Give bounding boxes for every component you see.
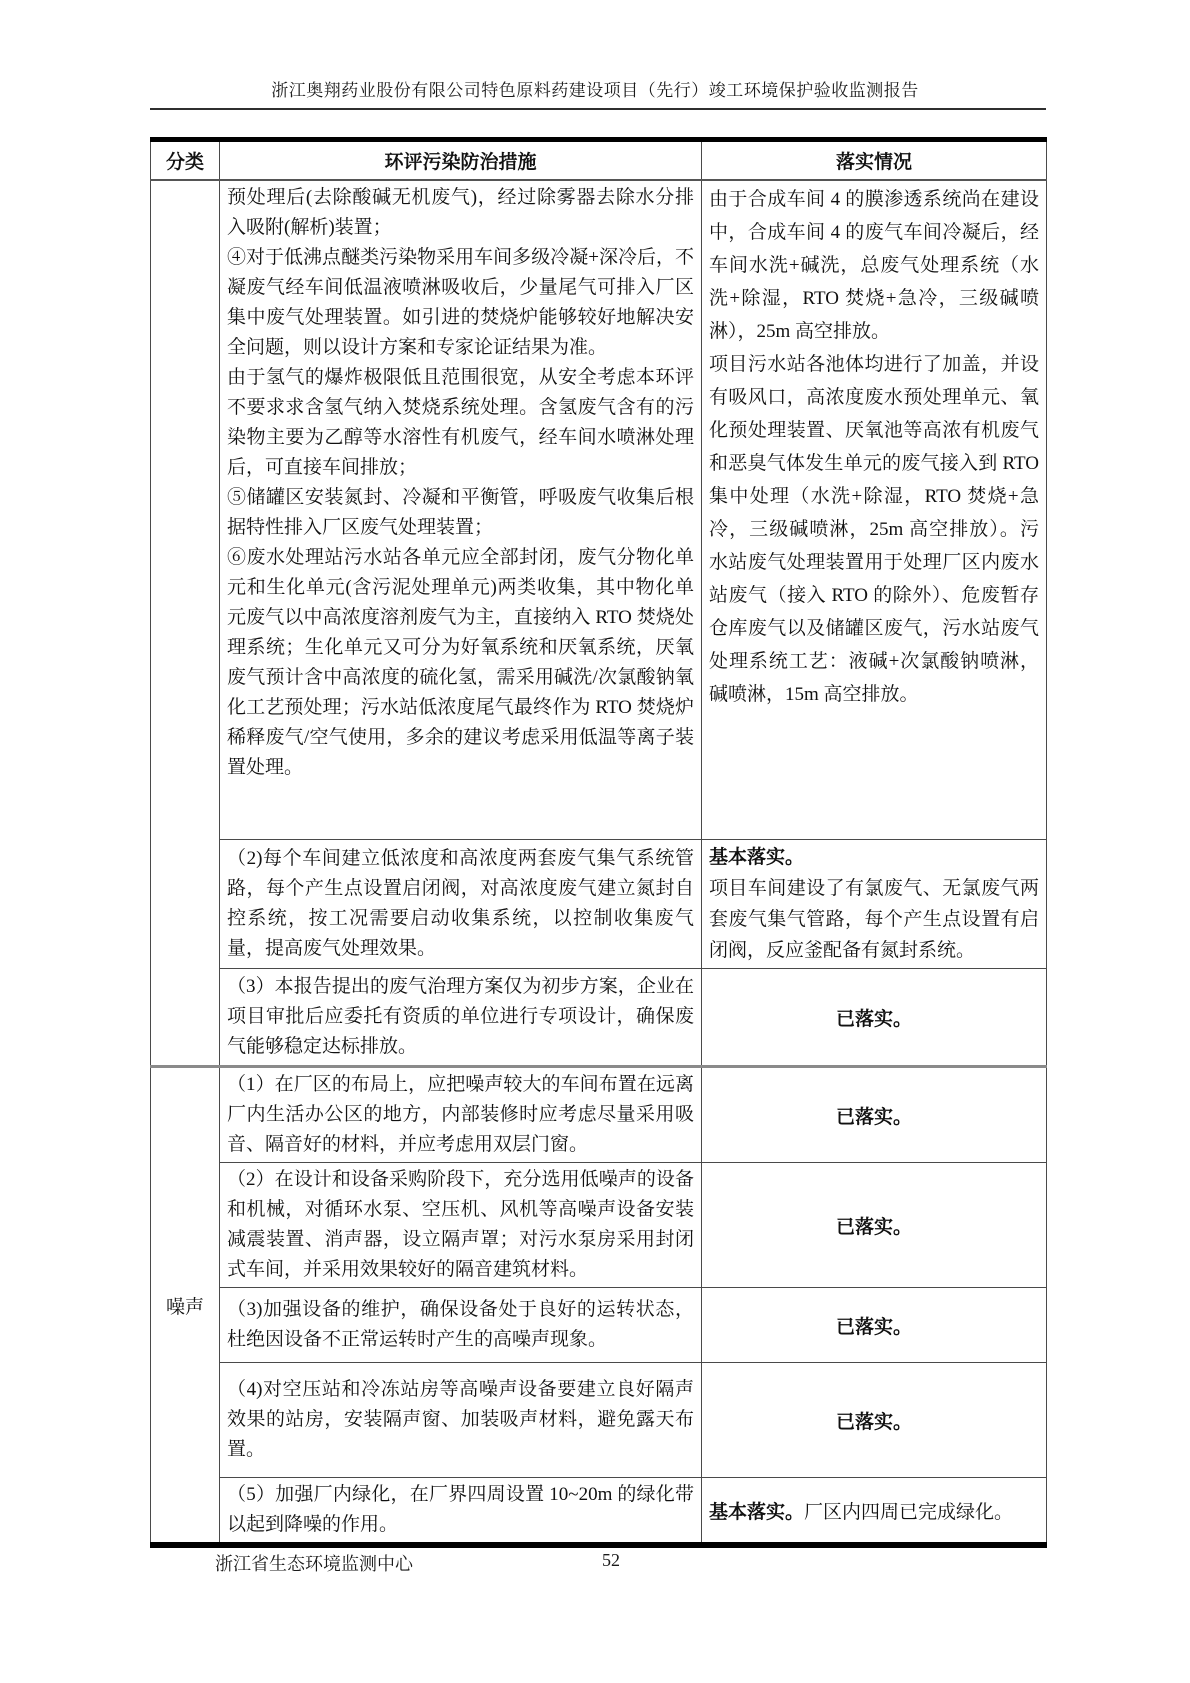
table-row: 噪声 （1）在厂区的布局上，应把噪声较大的车间布置在远离厂内生活办公区的地方，内… <box>151 1067 1047 1163</box>
status-cell: 由于合成车间 4 的膜渗透系统尚在建设中，合成车间 4 的废气车间冷凝后，经车间… <box>702 180 1047 840</box>
status-cell: 基本落实。项目车间建设了有氯废气、无氯废气两套废气集气管路，每个产生点设置有启闭… <box>702 840 1047 969</box>
status-cell: 基本落实。厂区内四周已完成绿化。 <box>702 1478 1047 1546</box>
status-cell: 已落实。 <box>702 969 1047 1067</box>
table-row: （2)每个车间建立低浓度和高浓度两套废气集气系统管路，每个产生点设置启闭阀，对高… <box>151 840 1047 969</box>
header-divider <box>150 108 1046 110</box>
table-row: （3)加强设备的维护，确保设备处于良好的运转状态，杜绝因设备不正常运转时产生的高… <box>151 1288 1047 1363</box>
table-row: 预处理后(去除酸碱无机废气)，经过除雾器去除水分排入吸附(解析)装置； ④对于低… <box>151 180 1047 840</box>
column-header-category: 分类 <box>151 140 220 180</box>
measure-cell: （3）本报告提出的废气治理方案仅为初步方案，企业在项目审批后应委托有资质的单位进… <box>220 969 702 1067</box>
measure-cell: （5）加强厂内绿化，在厂界四周设置 10~20m 的绿化带以起到降噪的作用。 <box>220 1478 702 1546</box>
table-row: （5）加强厂内绿化，在厂界四周设置 10~20m 的绿化带以起到降噪的作用。 基… <box>151 1478 1047 1546</box>
page-title: 浙江奥翔药业股份有限公司特色原料药建设项目（先行）竣工环境保护验收监测报告 <box>271 81 919 100</box>
document-page: 浙江奥翔药业股份有限公司特色原料药建设项目（先行）竣工环境保护验收监测报告 分类… <box>0 0 1190 1683</box>
category-cell-noise: 噪声 <box>151 1067 220 1546</box>
category-cell-empty <box>151 180 220 1067</box>
measure-cell: （2)每个车间建立低浓度和高浓度两套废气集气系统管路，每个产生点设置启闭阀，对高… <box>220 840 702 969</box>
status-cell: 已落实。 <box>702 1163 1047 1288</box>
measure-cell: （1）在厂区的布局上，应把噪声较大的车间布置在远离厂内生活办公区的地方，内部装修… <box>220 1067 702 1163</box>
document-header: 浙江奥翔药业股份有限公司特色原料药建设项目（先行）竣工环境保护验收监测报告 <box>0 76 1190 101</box>
column-header-measures: 环评污染防治措施 <box>220 140 702 180</box>
footer-page-number: 52 <box>602 1550 620 1571</box>
status-cell: 已落实。 <box>702 1288 1047 1363</box>
status-lead: 基本落实。 <box>709 842 1039 873</box>
table-row: （2）在设计和设备采购阶段下，充分选用低噪声的设备和机械，对循环水泵、空压机、风… <box>151 1163 1047 1288</box>
status-cell: 已落实。 <box>702 1363 1047 1478</box>
measure-cell: 预处理后(去除酸碱无机废气)，经过除雾器去除水分排入吸附(解析)装置； ④对于低… <box>220 180 702 840</box>
table-header-row: 分类 环评污染防治措施 落实情况 <box>151 140 1047 180</box>
status-cell: 已落实。 <box>702 1067 1047 1163</box>
footer-organization: 浙江省生态环境监测中心 <box>215 1550 413 1576</box>
measure-cell: （3)加强设备的维护，确保设备处于良好的运转状态，杜绝因设备不正常运转时产生的高… <box>220 1288 702 1363</box>
status-lead: 基本落实。 <box>709 1502 804 1523</box>
table-row: （4)对空压站和冷冻站房等高噪声设备要建立良好隔声效果的站房，安装隔声窗、加装吸… <box>151 1363 1047 1478</box>
status-text: 厂区内四周已完成绿化。 <box>804 1502 1013 1523</box>
status-text: 项目车间建设了有氯废气、无氯废气两套废气集气管路，每个产生点设置有启闭阀，反应釜… <box>709 878 1039 961</box>
table-row: （3）本报告提出的废气治理方案仅为初步方案，企业在项目审批后应委托有资质的单位进… <box>151 969 1047 1067</box>
column-header-status: 落实情况 <box>702 140 1047 180</box>
measure-cell: （4)对空压站和冷冻站房等高噪声设备要建立良好隔声效果的站房，安装隔声窗、加装吸… <box>220 1363 702 1478</box>
measures-table: 分类 环评污染防治措施 落实情况 预处理后(去除酸碱无机废气)，经过除雾器去除水… <box>150 137 1047 1548</box>
measure-cell: （2）在设计和设备采购阶段下，充分选用低噪声的设备和机械，对循环水泵、空压机、风… <box>220 1163 702 1288</box>
